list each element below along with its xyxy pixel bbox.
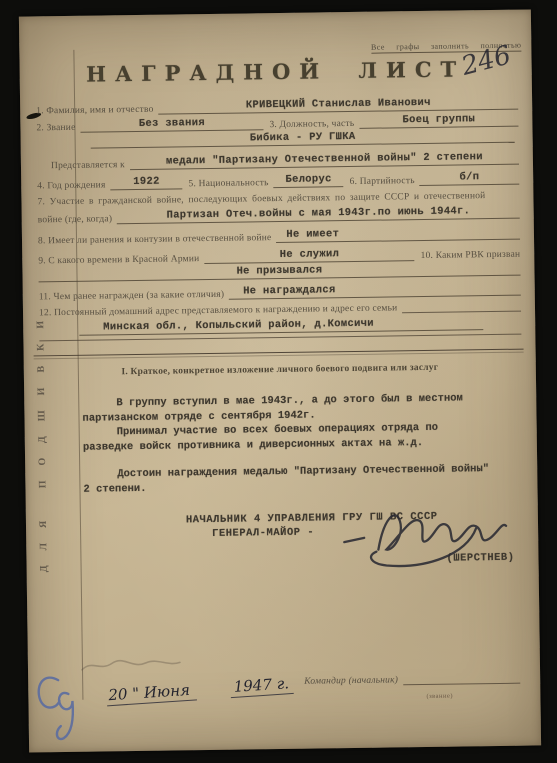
section-heading: I. Краткое, конкретное изложение личного… bbox=[54, 362, 506, 378]
officer-rank-line: ГЕНЕРАЛ-МАЙОР - bbox=[212, 527, 314, 540]
previous-awards-label: 11. Чем ранее награжден (за какие отличи… bbox=[39, 290, 230, 303]
rvk-label: 10. Каким РВК призван bbox=[415, 250, 521, 261]
home-address-label-tail-line bbox=[402, 311, 521, 314]
war-where-when-label: войне (где, когда) bbox=[38, 214, 118, 225]
merit-paragraph: Достоин награждения медалью "Партизану О… bbox=[83, 462, 495, 497]
war-participation-label: 7. Участие в гражданской войне, последую… bbox=[37, 191, 490, 207]
commander-signature-line bbox=[403, 683, 520, 686]
birth-year-value: 1922 bbox=[110, 175, 182, 190]
field-position-value: Боец группы bbox=[359, 113, 518, 129]
home-address-label: 12. Постоянный домашний адрес представля… bbox=[39, 303, 403, 318]
field-home-address-value-row: Минская обл., Копыльский район, д.Комсич… bbox=[79, 316, 483, 336]
party-value: б/п bbox=[420, 171, 520, 186]
merit-description: В группу вступил в мае 1943г., а до этог… bbox=[82, 391, 495, 497]
field-rank-value: Без звания bbox=[80, 116, 263, 133]
handwritten-date: 20 " Июня 1947 г. bbox=[106, 674, 294, 706]
party-label: 6. Партийность bbox=[344, 176, 420, 187]
blue-pencil-initials bbox=[28, 664, 87, 751]
wounds-value: Не имеет bbox=[276, 226, 520, 243]
pencil-scribble bbox=[78, 652, 198, 678]
service-since-label: 9. С какого времени в Красной Армии bbox=[38, 254, 204, 266]
field-birth-nationality-party: 4. Год рождения 1922 5. Национальность Б… bbox=[37, 171, 519, 192]
scan-background: Все графы заполнить полностью НАГРАДНОЙ … bbox=[0, 0, 557, 763]
wounds-label: 8. Имеет ли ранения и контузии в отечест… bbox=[38, 233, 277, 246]
presented-label: Представляется к bbox=[51, 160, 130, 171]
birth-year-label: 4. Год рождения bbox=[37, 180, 110, 191]
war-participation-value: Партизан Отеч.войны с мая 1943г.по июнь … bbox=[117, 205, 520, 225]
field-rank-label: 2. Звание bbox=[36, 123, 80, 134]
presented-value: медали "Партизану Отечественной войны" 2… bbox=[130, 151, 519, 170]
handwritten-signature bbox=[326, 498, 517, 586]
nationality-label: 5. Национальность bbox=[182, 178, 273, 189]
home-address-value: Минская обл., Копыльский район, д.Комсич… bbox=[79, 316, 483, 336]
previous-awards-value: Не награждался bbox=[229, 282, 521, 300]
document-title: НАГРАДНОЙ ЛИСТ bbox=[20, 55, 532, 87]
merit-paragraph: Принимал участие во всех боевых операция… bbox=[83, 420, 495, 455]
commander-signature-row: Командир (начальник) bbox=[304, 674, 520, 687]
field-position-label: 3. Должность, часть bbox=[263, 119, 359, 130]
nationality-value: Белорус bbox=[274, 173, 344, 188]
date-day-month: 20 " Июня bbox=[106, 680, 197, 706]
rank-hint: (звание) bbox=[426, 693, 453, 700]
date-year: 1947 г. bbox=[229, 674, 293, 698]
field-previous-awards: 11. Чем ранее награжден (за какие отличи… bbox=[39, 282, 521, 303]
field-name-value: КРИВЕЦКИЙ Станислав Иванович bbox=[158, 96, 518, 115]
field-name-label: 1. Фамилия, имя и отчество bbox=[36, 105, 158, 117]
award-sheet-page: Все графы заполнить полностью НАГРАДНОЙ … bbox=[19, 9, 541, 752]
section-divider-rule bbox=[34, 349, 524, 360]
field-wounds: 8. Имеет ли ранения и контузии в отечест… bbox=[38, 226, 520, 247]
service-since-value: Не служил bbox=[204, 247, 414, 264]
field-presented-for: Представляется к медали "Партизану Отече… bbox=[51, 151, 519, 172]
field-war-participation-2: войне (где, когда) Партизан Отеч.войны с… bbox=[38, 205, 520, 226]
commander-label: Командир (начальник) bbox=[304, 675, 403, 686]
